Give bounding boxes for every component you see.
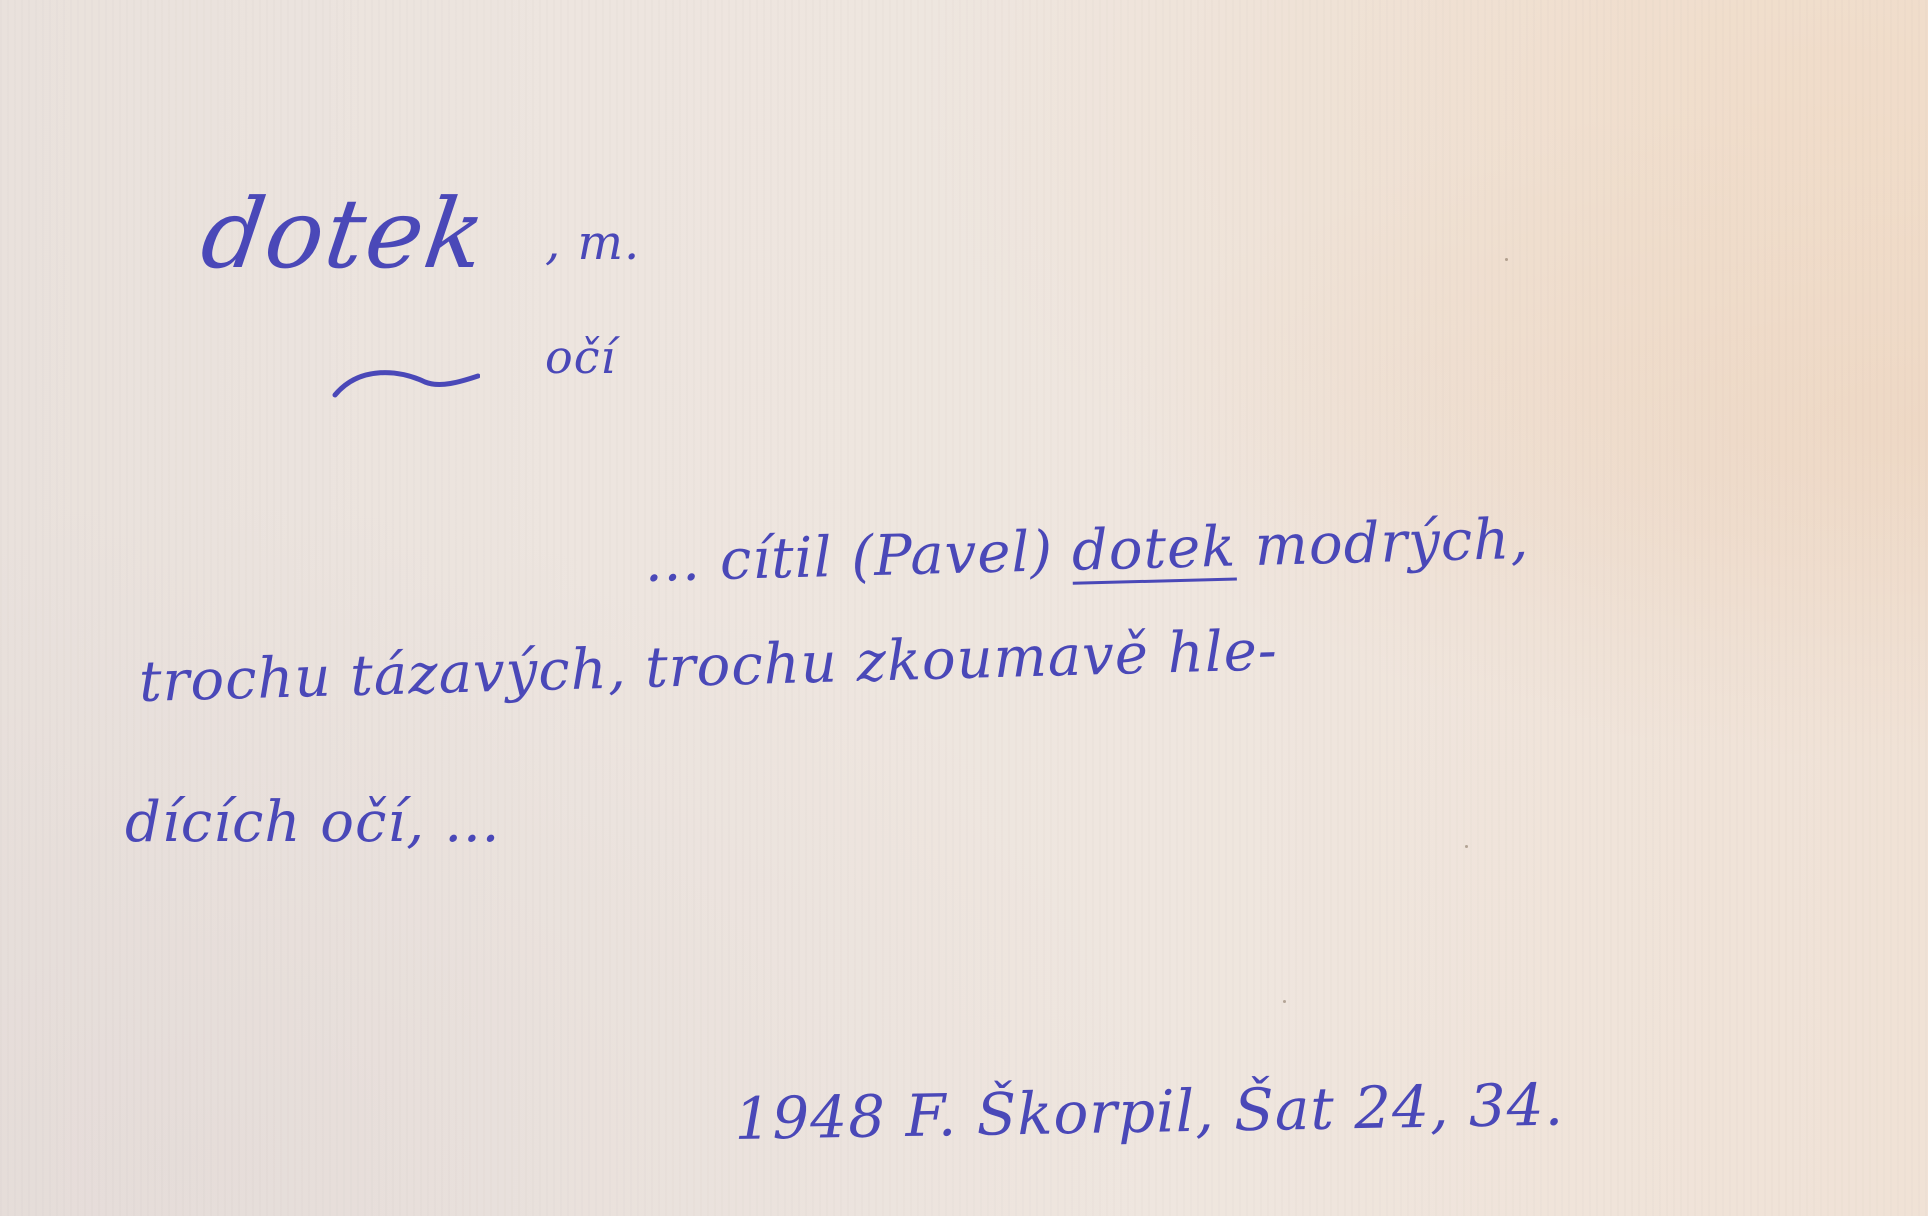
citation-prefix: … cítil (Pavel) bbox=[643, 519, 1072, 595]
headword: dotek bbox=[195, 178, 494, 290]
phrase-word: očí bbox=[545, 330, 616, 384]
citation-keyword: dotek bbox=[1071, 515, 1237, 584]
grammar-label: , m. bbox=[545, 215, 640, 271]
paper-speck bbox=[1465, 845, 1468, 848]
paper-speck bbox=[1283, 1000, 1286, 1003]
source-reference: 1948 F. Škorpil, Šat 24, 34. bbox=[734, 1071, 1565, 1153]
paper-speck bbox=[1505, 258, 1508, 261]
tilde-mark bbox=[330, 360, 480, 400]
citation-line-3: dících očí, … bbox=[125, 790, 501, 855]
citation-suffix: modrých, bbox=[1235, 507, 1530, 580]
